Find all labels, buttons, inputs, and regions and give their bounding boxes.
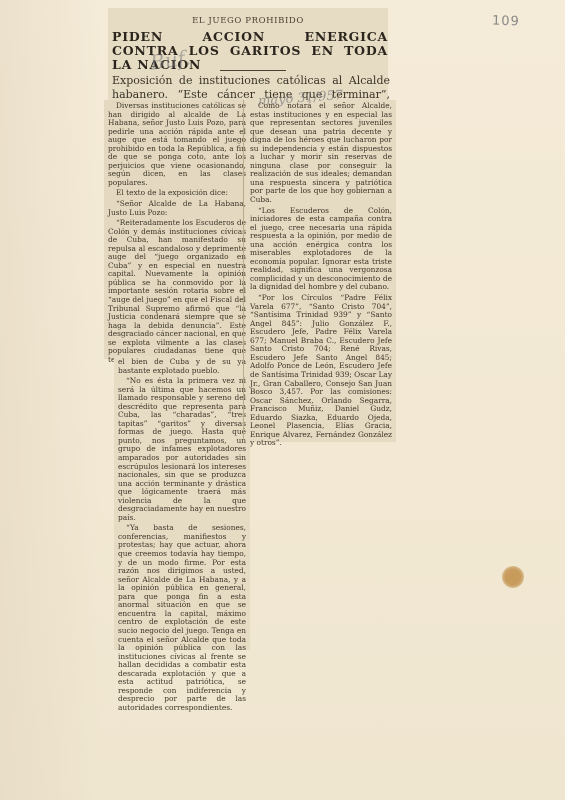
column-1-top: Diversas instituciones católicas se han … xyxy=(104,100,250,359)
handwritten-page-number: 109 xyxy=(492,14,520,30)
paragraph: “Por los Círculos “Padre Félix Varela 67… xyxy=(250,294,392,448)
paragraph: “Reiteradamente los Escuderos de Colón y… xyxy=(108,219,246,364)
page-shadow xyxy=(0,0,100,800)
paragraph: Como notará el señor Alcalde, estas inst… xyxy=(250,102,392,205)
paragraph: “Señor Alcalde de La Habana, Justo Luis … xyxy=(108,200,246,217)
paragraph: Diversas instituciones católicas se han … xyxy=(108,102,246,187)
kicker: EL JUEGO PROHIBIDO xyxy=(108,16,388,26)
paragraph: “Los Escuderos de Colón, iniciadores de … xyxy=(250,207,392,292)
column-divider xyxy=(243,100,244,440)
column-1-bottom: el bien de Cuba y de su ya bastante expl… xyxy=(114,356,250,650)
headline-rule xyxy=(220,70,286,71)
column-2: Como notará el señor Alcalde, estas inst… xyxy=(246,100,396,442)
paper-stain xyxy=(502,566,524,588)
paragraph: “Ya basta de sesiones, conferencias, man… xyxy=(118,524,246,712)
paragraph: “No es ésta la primera vez ni será la úl… xyxy=(118,377,246,522)
paragraph: El texto de la exposición dice: xyxy=(108,189,246,198)
paragraph: el bien de Cuba y de su ya bastante expl… xyxy=(118,358,246,375)
